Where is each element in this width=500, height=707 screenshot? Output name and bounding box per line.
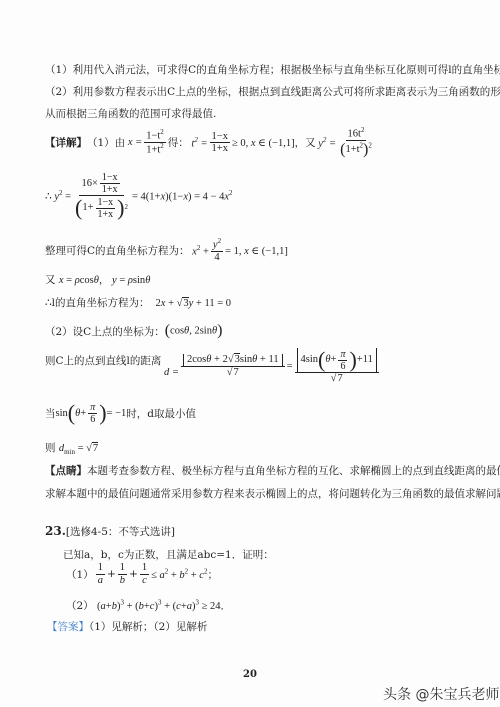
solution-part-2: （2）设C上点的坐标为： (cosθ, 2sinθ) bbox=[45, 322, 222, 340]
solution-step-5: ∴l的直角坐标方程为： 2x + √3y + 11 = 0 bbox=[45, 295, 231, 310]
comment-line-2-text: 求解本题中的最值问题通常采用参数方程来表示椭圆上的点，将问题转化为三角函数的最值… bbox=[45, 488, 500, 500]
analysis-line-2: （2）利用参数方程表示出C上点的坐标，根据点到直线距离公式可将所求距离表示为三角… bbox=[45, 84, 500, 99]
t2-eq: t2 = bbox=[189, 136, 208, 150]
watermark: 头条 @朱宝兵老师 bbox=[383, 684, 499, 704]
problem-statement-text: 已知a，b，c为正数，且满足abc=1．证明： bbox=[63, 549, 274, 561]
fraction-d2: 4sin(θ+π6)+11√7 bbox=[295, 348, 379, 385]
analysis-line-3-text: 从而根据三角函数的范围可求得最值. bbox=[45, 108, 216, 120]
solution-min-condition: 当 sin(θ+π6)= −1 时，d取最小值 bbox=[45, 400, 196, 426]
line-eq: 2x + √3y + 11 = 0 bbox=[153, 297, 231, 309]
fraction-y2: 16t2(1+t2)2 bbox=[338, 127, 374, 159]
item2-label: （2） bbox=[66, 600, 94, 612]
problem-23-item-1: （1） 1a+ 1b+ 1c ≤ a2 + b2 + c2； bbox=[66, 562, 218, 586]
solution-dmin: 则 dmin = √7 bbox=[45, 440, 98, 456]
min-pre: 当 bbox=[45, 406, 56, 421]
solution-label: 【详解】 bbox=[45, 135, 87, 150]
answer-text: （1）见解析；（2）见解析 bbox=[89, 621, 207, 633]
part2-text: （2）设C上点的坐标为： bbox=[45, 324, 165, 339]
fraction-t2: 1−x1+x bbox=[210, 131, 230, 155]
answer-label: 【答案】 bbox=[47, 621, 89, 633]
problem-23-answer: 【答案】（1）见解析；（2）见解析 bbox=[47, 619, 207, 634]
item2-eq: (a+b)3 + (b+c)3 + (c+a)3 ≥ 24． bbox=[97, 601, 231, 612]
solution-distance: 则C上的点到直线l的距离 d = 2cosθ + 2√3sinθ + 11√7 … bbox=[45, 348, 381, 385]
analysis-line-1-text: （1）利用代入消元法，可求得C的直角坐标方程；根据极坐标与直角坐标互化原则可得l… bbox=[45, 64, 500, 76]
y2-var: y2 = bbox=[316, 136, 337, 150]
min-eq: sin(θ+π6)= −1 bbox=[56, 400, 127, 426]
problem-23-item-2: （2） (a+b)3 + (b+c)3 + (c+a)3 ≥ 24． bbox=[66, 598, 231, 613]
fraction-d1: 2cosθ + 2√3sinθ + 11√7 bbox=[181, 354, 285, 378]
item1-rhs: ≤ a2 + b2 + c2； bbox=[151, 567, 218, 582]
solution-step-4: 又 x = ρcosθ， y = ρsinθ bbox=[45, 272, 150, 287]
solution-step-1: 【详解】 （1）由 x = 1−t21+t2 得： t2 = 1−x1+x ≥ … bbox=[45, 127, 376, 159]
step4-text: 又 bbox=[45, 274, 56, 286]
frac-1b: 1b bbox=[118, 562, 127, 586]
part1-prefix: （1）由 bbox=[87, 135, 125, 150]
analysis-line-3: 从而根据三角函数的范围可求得最值. bbox=[45, 106, 216, 121]
step2-result: = 4(1+x)(1−x) = 4 − 4x2 bbox=[132, 189, 233, 203]
problem-23-statement: 已知a，b，c为正数，且满足abc=1．证明： bbox=[63, 547, 274, 562]
page-number: 20 bbox=[243, 669, 257, 680]
solution-step-2: ∴ y2 = 16×1−x1+x (1+1−x1+x)2 = 4(1+x)(1−… bbox=[45, 172, 233, 220]
therefore-y2: ∴ y2 = bbox=[45, 189, 71, 203]
dist-text: 则C上的点到直线l的距离 bbox=[45, 353, 161, 368]
ellipse-eq-rest: = 1, x ∈ (−1,1] bbox=[225, 245, 288, 257]
analysis-line-1: （1）利用代入消元法，可求得C的直角坐标方程；根据极坐标与直角坐标互化原则可得l… bbox=[45, 62, 500, 77]
comment-label: 【点睛】 bbox=[45, 465, 87, 477]
step5-text: ∴l的直角坐标方程为： bbox=[45, 297, 150, 309]
frac-1a: 1a bbox=[96, 562, 105, 586]
comment-line-1: 【点睛】本题考查参数方程、极坐标方程与直角坐标方程的互化、求解椭圆上的点到直线距… bbox=[45, 463, 500, 478]
problem-23-header: 23.[选修4-5：不等式选讲] bbox=[45, 524, 175, 539]
d-var: d = bbox=[161, 367, 179, 378]
param-point: (cosθ, 2sinθ) bbox=[165, 322, 223, 340]
fraction-y2-4: y24 bbox=[211, 238, 223, 264]
item1-label: （1） bbox=[66, 567, 94, 582]
t2-cond: ≥ 0, x ∈ (−1,1] bbox=[232, 137, 295, 149]
de-text: 得： bbox=[168, 135, 189, 150]
min-post: 时，d取最小值 bbox=[126, 406, 196, 421]
solution-step-3: 整理可得C的直角坐标方程为： x2 + y24 = 1, x ∈ (−1,1] bbox=[45, 238, 288, 264]
dmin-eq: dmin = √7 bbox=[59, 443, 98, 454]
frac-1c: 1c bbox=[140, 562, 149, 586]
fraction-y2-sub: 16×1−x1+x (1+1−x1+x)2 bbox=[73, 172, 130, 220]
comment-line-2: 求解本题中的最值问题通常采用参数方程来表示椭圆上的点，将问题转化为三角函数的最值… bbox=[45, 486, 500, 501]
equals: = bbox=[287, 361, 293, 372]
polar-conversion: x = ρcosθ， y = ρsinθ bbox=[59, 275, 151, 286]
ellipse-eq: x2 + bbox=[190, 244, 209, 258]
problem-tag: [选修4-5：不等式选讲] bbox=[66, 526, 175, 538]
fraction-x: 1−t21+t2 bbox=[144, 129, 166, 156]
comment-line-1-text: 本题考查参数方程、极坐标方程与直角坐标方程的互化、求解椭圆上的点到直线距离的最值… bbox=[87, 465, 500, 477]
problem-number: 23. bbox=[45, 524, 66, 538]
x-var: x = bbox=[125, 137, 142, 148]
dmin-text: 则 bbox=[45, 442, 56, 454]
analysis-line-2-text: （2）利用参数方程表示出C上点的坐标，根据点到直线距离公式可将所求距离表示为三角… bbox=[45, 86, 500, 98]
step3-text: 整理可得C的直角坐标方程为： bbox=[45, 243, 190, 258]
you-text: ，又 bbox=[295, 135, 316, 150]
